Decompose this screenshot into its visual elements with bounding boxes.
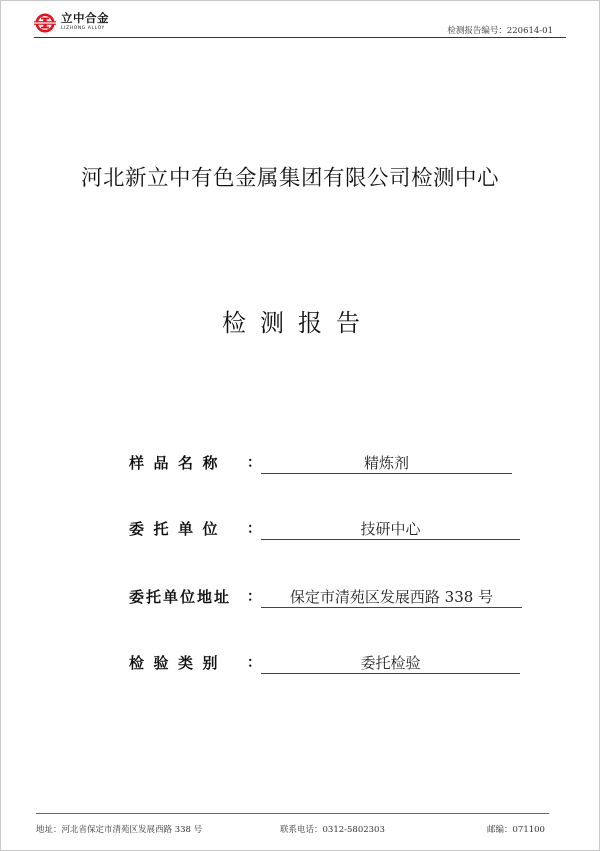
footer-postcode: 邮编：071100 bbox=[487, 823, 545, 835]
footer-address: 地址：河北省保定市清苑区发展西路 338 号 bbox=[36, 823, 202, 835]
inspection-type-value: 委托检验 bbox=[261, 653, 520, 674]
field-colon: ： bbox=[247, 519, 261, 539]
sample-name-value: 精炼剂 bbox=[261, 453, 512, 474]
logo-english-name: LIZHONG ALLOY bbox=[61, 26, 105, 32]
field-client: 委托单位 ： 技研中心 bbox=[129, 519, 529, 543]
field-label: 委托单位 bbox=[129, 519, 227, 539]
field-label: 委托单位地址 bbox=[129, 587, 231, 607]
logo-chinese-name: 立中合金 bbox=[61, 12, 109, 25]
header-divider bbox=[34, 37, 566, 38]
client-address-value: 保定市清苑区发展西路 338 号 bbox=[261, 587, 522, 608]
field-colon: ： bbox=[247, 587, 261, 607]
field-inspection-type: 检验类别 ： 委托检验 bbox=[129, 653, 529, 677]
field-label: 样品名称 bbox=[129, 453, 227, 473]
company-logo: 立中合金 LIZHONG ALLOY bbox=[34, 11, 124, 35]
footer-divider bbox=[36, 813, 549, 814]
field-client-address: 委托单位地址 ： 保定市清苑区发展西路 338 号 bbox=[129, 587, 529, 611]
report-number-label: 检测报告编号： bbox=[447, 26, 507, 36]
field-colon: ： bbox=[247, 453, 261, 473]
organization-title: 河北新立中有色金属集团有限公司检测中心 bbox=[1, 161, 600, 192]
field-sample-name: 样品名称 ： 精炼剂 bbox=[129, 453, 529, 477]
field-label: 检验类别 bbox=[129, 653, 227, 673]
report-number: 检测报告编号：220614-01 bbox=[447, 24, 553, 36]
lizhong-logo-icon bbox=[34, 13, 56, 33]
client-value: 技研中心 bbox=[261, 519, 520, 540]
report-cover-page: 立中合金 LIZHONG ALLOY 检测报告编号：220614-01 河北新立… bbox=[0, 0, 600, 851]
footer-phone: 联系电话：0312-5802303 bbox=[280, 823, 385, 835]
field-colon: ： bbox=[247, 653, 261, 673]
document-title: 检测报告 bbox=[1, 303, 600, 338]
report-number-value: 220614-01 bbox=[507, 26, 553, 36]
